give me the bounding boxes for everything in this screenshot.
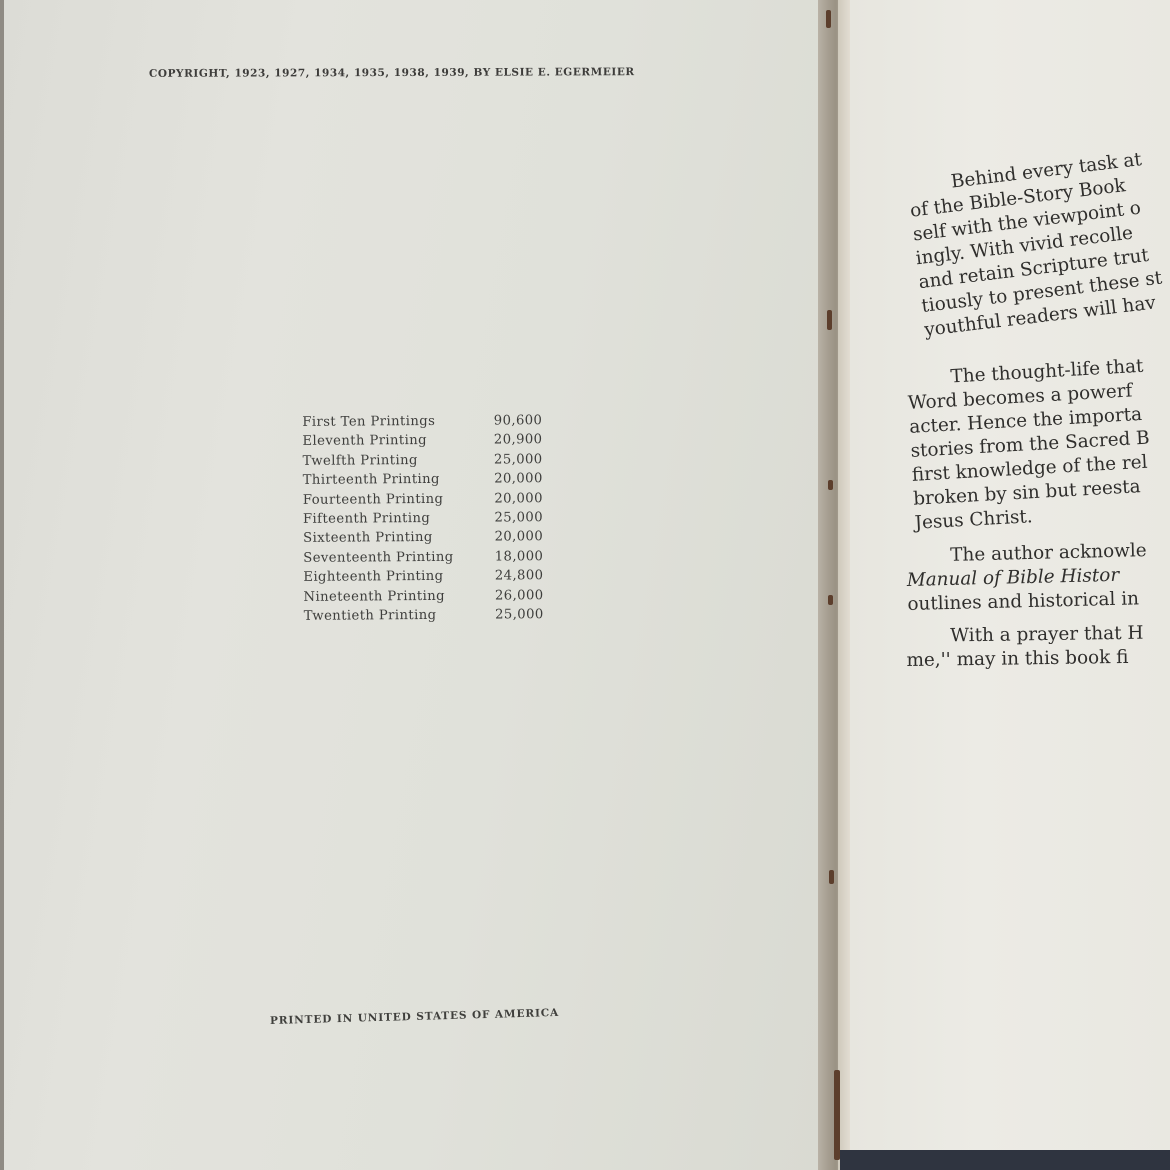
copyright-notice: COPYRIGHT, 1923, 1927, 1934, 1935, 1938,… bbox=[149, 66, 635, 80]
printed-in-notice: PRINTED IN UNITED STATES OF AMERICA bbox=[270, 1007, 559, 1027]
printing-label: First Ten Printings bbox=[302, 414, 435, 434]
printing-label: Twelfth Printing bbox=[303, 453, 418, 473]
printing-label: Nineteenth Printing bbox=[303, 588, 445, 608]
printing-count: 25,000 bbox=[492, 607, 544, 627]
page-edge-shadow bbox=[0, 0, 4, 1170]
preface-paragraph-2: The thought-life that Word becomes a pow… bbox=[906, 345, 1170, 536]
printing-row: Fifteenth Printing25,000 bbox=[303, 510, 543, 531]
printing-label: Seventeenth Printing bbox=[303, 550, 453, 570]
text-line: me,'' may in this book fi bbox=[906, 643, 1170, 673]
binding-stain bbox=[826, 10, 831, 28]
printing-row: Nineteenth Printing26,000 bbox=[303, 588, 543, 609]
printing-count: 20,000 bbox=[491, 471, 543, 491]
printing-label: Fourteenth Printing bbox=[303, 491, 444, 511]
printing-count: 24,800 bbox=[491, 568, 543, 588]
printing-label: Sixteenth Printing bbox=[303, 530, 433, 550]
printing-count: 26,000 bbox=[491, 588, 543, 608]
binding-stain bbox=[828, 480, 833, 490]
printing-row: Eighteenth Printing24,800 bbox=[303, 568, 543, 589]
printing-count: 20,900 bbox=[490, 433, 542, 453]
binding-stain bbox=[829, 870, 834, 884]
text-line: With a prayer that H bbox=[906, 619, 1170, 649]
printing-count: 90,600 bbox=[490, 413, 542, 433]
printing-label: Fifteenth Printing bbox=[303, 511, 430, 531]
binding-stain bbox=[828, 595, 833, 605]
preface-paragraph-3: The author acknowle Manual of Bible Hist… bbox=[906, 535, 1170, 617]
preface-paragraph-4: With a prayer that H me,'' may in this b… bbox=[906, 619, 1170, 673]
printing-row: Twelfth Printing25,000 bbox=[303, 452, 543, 473]
printings-table: First Ten Printings90,600 Eleventh Print… bbox=[302, 413, 543, 628]
printing-row: Twentieth Printing25,000 bbox=[304, 607, 544, 628]
printing-row: Fourteenth Printing20,000 bbox=[303, 491, 543, 512]
printing-count: 20,000 bbox=[491, 530, 543, 550]
printing-label: Thirteenth Printing bbox=[303, 472, 440, 492]
left-page-copyright: COPYRIGHT, 1923, 1927, 1934, 1935, 1938,… bbox=[0, 0, 822, 1170]
printing-count: 18,000 bbox=[491, 549, 543, 569]
printing-label: Twentieth Printing bbox=[304, 608, 437, 628]
printing-row: Seventeenth Printing18,000 bbox=[303, 549, 543, 570]
printing-label: Eighteenth Printing bbox=[303, 569, 443, 589]
printing-count: 20,000 bbox=[491, 491, 543, 511]
book-spread: COPYRIGHT, 1923, 1927, 1934, 1935, 1938,… bbox=[0, 0, 1170, 1170]
printing-count: 25,000 bbox=[491, 510, 543, 530]
printing-row: Eleventh Printing20,900 bbox=[302, 433, 542, 454]
gutter-fold bbox=[838, 0, 850, 1170]
binding-stain bbox=[834, 1070, 840, 1160]
book-cover-edge bbox=[840, 1150, 1170, 1170]
binding-stain bbox=[827, 310, 832, 330]
printing-row: Sixteenth Printing20,000 bbox=[303, 530, 543, 551]
printing-count: 25,000 bbox=[491, 452, 543, 472]
printing-row: First Ten Printings90,600 bbox=[302, 413, 542, 434]
printing-row: Thirteenth Printing20,000 bbox=[303, 471, 543, 492]
printing-label: Eleventh Printing bbox=[302, 433, 427, 453]
